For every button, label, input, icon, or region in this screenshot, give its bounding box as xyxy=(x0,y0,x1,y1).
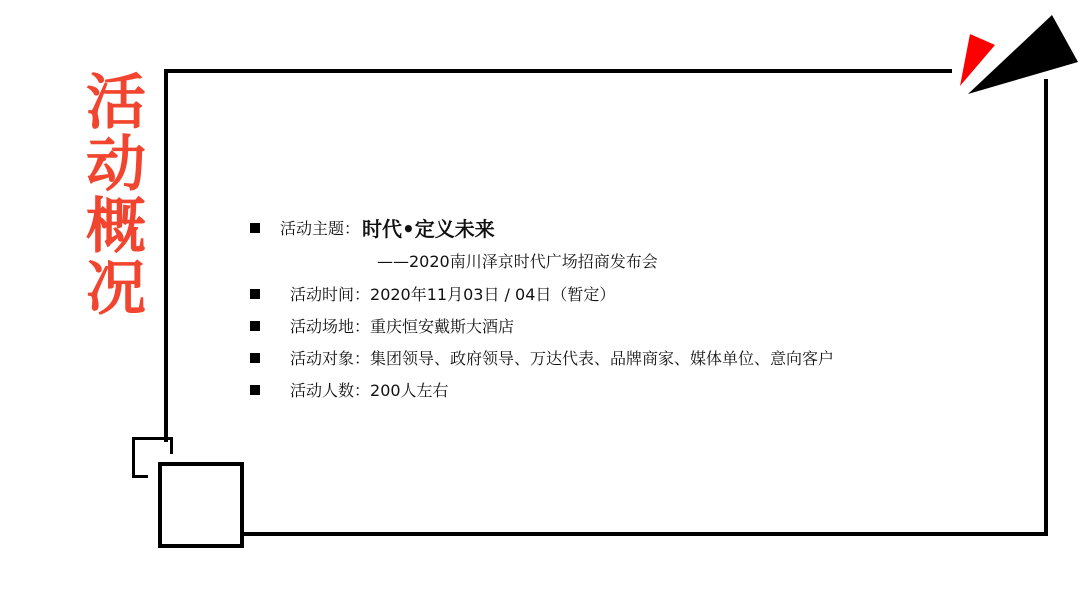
item-value: 集团领导、政府领导、万达代表、品牌商家、媒体单位、意向客户 xyxy=(370,346,834,369)
list-item-theme: 活动主题： 时代•定义未来 xyxy=(250,213,495,242)
item-value: 200人左右 xyxy=(370,378,449,401)
item-value: 重庆恒安戴斯大酒店 xyxy=(370,314,514,337)
square-bullet-icon xyxy=(250,223,260,233)
item-label: 活动人数： xyxy=(290,378,370,401)
list-item-venue: 活动场地： 重庆恒安戴斯大酒店 xyxy=(250,314,514,337)
overview-list: 活动主题： 时代•定义未来 ——2020南川泽京时代广场招商发布会 活动时间： … xyxy=(0,0,1080,608)
list-item-audience: 活动对象： 集团领导、政府领导、万达代表、品牌商家、媒体单位、意向客户 xyxy=(250,346,834,369)
square-bullet-icon xyxy=(250,289,260,299)
square-bullet-icon xyxy=(250,321,260,331)
square-bullet-icon xyxy=(250,385,260,395)
item-label: 活动对象： xyxy=(290,346,370,369)
theme-title: 时代•定义未来 xyxy=(362,213,495,242)
square-bullet-icon xyxy=(250,353,260,363)
item-label: 活动时间： xyxy=(290,282,370,305)
item-value: 2020年11月03日 / 04日（暂定） xyxy=(370,282,615,305)
item-label: 活动场地： xyxy=(290,314,370,337)
list-item-time: 活动时间： 2020年11月03日 / 04日（暂定） xyxy=(250,282,615,305)
theme-subtitle: ——2020南川泽京时代广场招商发布会 xyxy=(377,249,658,272)
list-item-attendance: 活动人数： 200人左右 xyxy=(250,378,449,401)
item-label: 活动主题： xyxy=(280,216,360,239)
